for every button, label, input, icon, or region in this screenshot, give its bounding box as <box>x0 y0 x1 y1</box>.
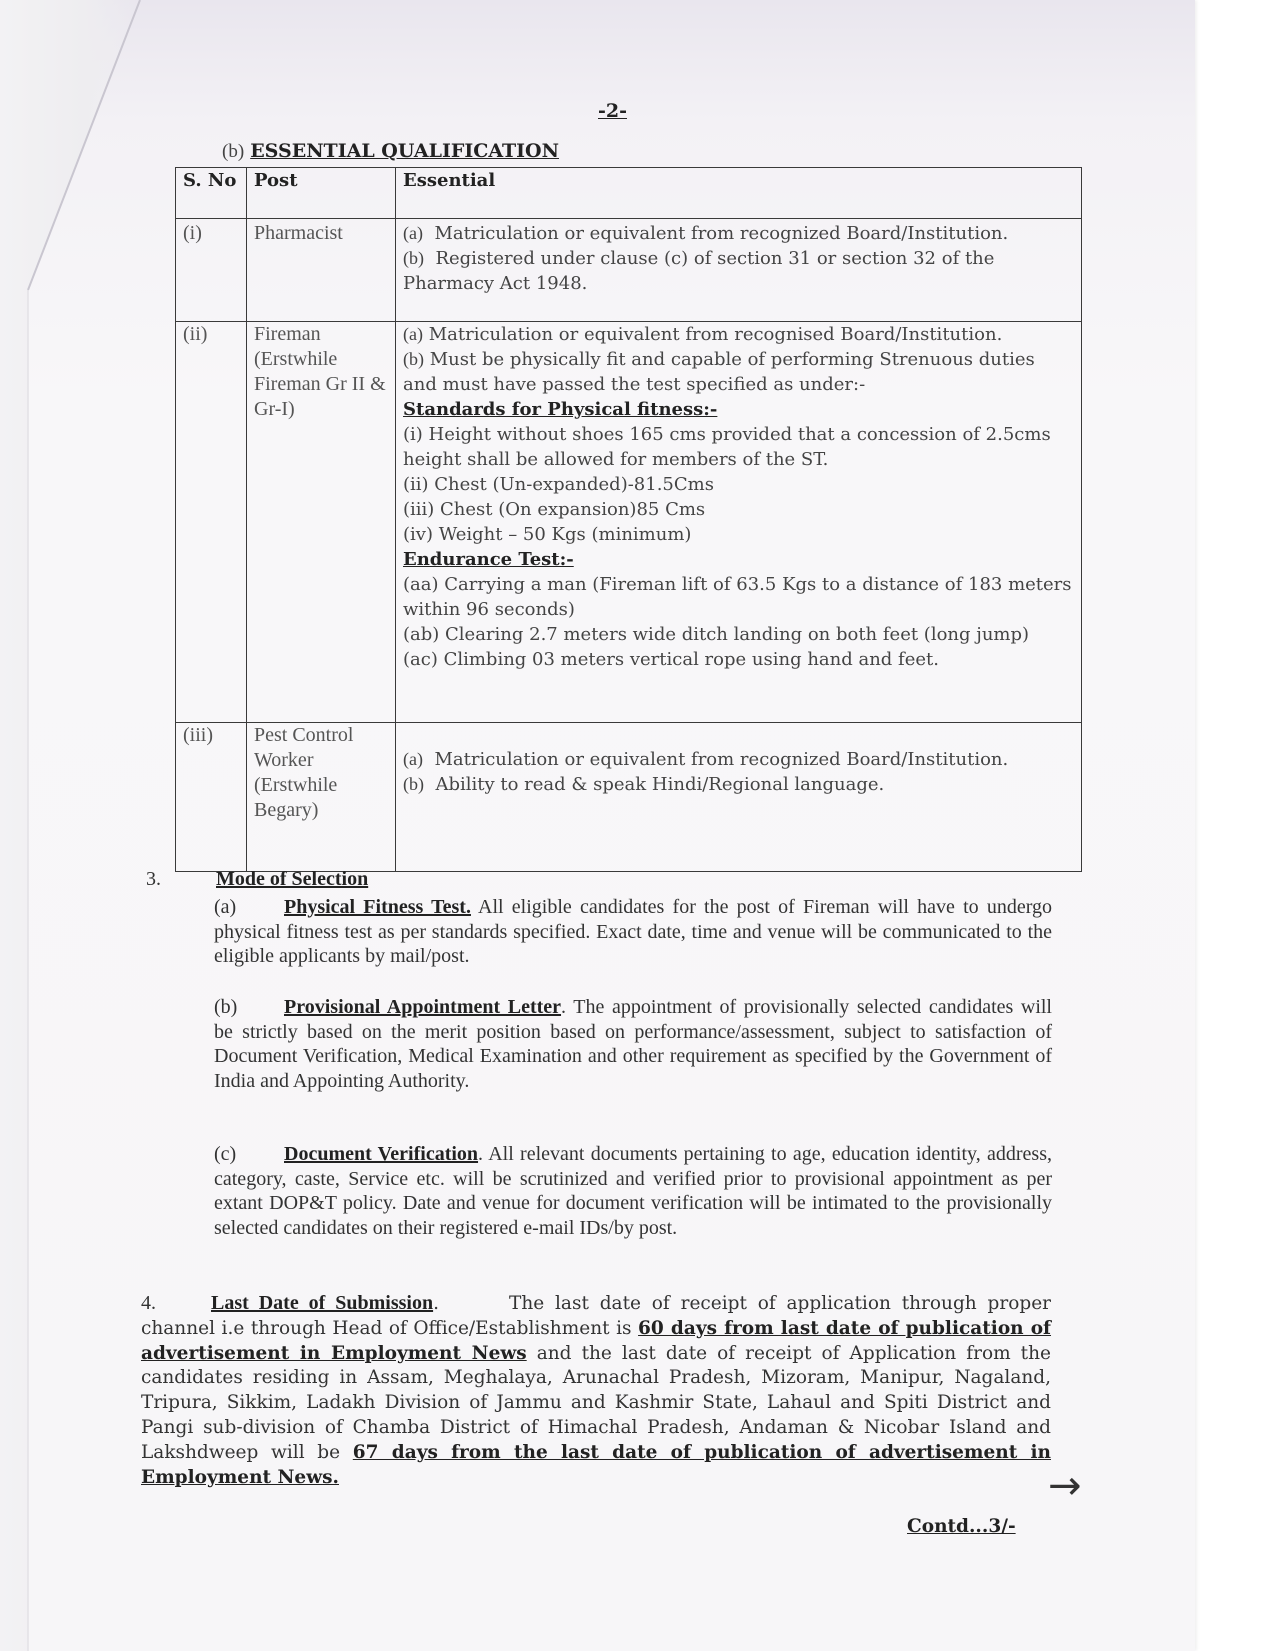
row-post: Fireman (Erstwhile Fireman Gr II & Gr-I) <box>247 322 396 723</box>
last-date-section: 4.Last Date of Submission.The last date … <box>141 1291 1051 1490</box>
header-post: Post <box>247 168 396 219</box>
row-sno: (ii) <box>176 322 247 723</box>
table-header-row: S. No Post Essential <box>176 168 1082 219</box>
continuation-note: Contd...3/- <box>907 1516 1016 1537</box>
section-heading: (b) ESSENTIAL QUALIFICATION <box>222 140 559 163</box>
qualification-table: S. No Post Essential (i) Pharmacist (a) … <box>175 167 1082 872</box>
item-heading: Provisional Appointment Letter <box>284 996 561 1018</box>
table-row: (ii) Fireman (Erstwhile Fireman Gr II & … <box>176 322 1082 723</box>
item-heading: Document Verification <box>284 1143 478 1165</box>
essential-item: (a) Matriculation or equivalent from rec… <box>403 221 1074 246</box>
section-label: (b) <box>222 141 244 162</box>
essential-item: (a) Matriculation or equivalent from rec… <box>403 747 1074 772</box>
physical-standard-item: (iv) Weight – 50 Kgs (minimum) <box>403 522 1074 547</box>
row-post: Pest Control Worker (Erstwhile Begary) <box>247 723 396 872</box>
essential-item: (b) Registered under clause (c) of secti… <box>403 246 1074 296</box>
endurance-test-item: (ac) Climbing 03 meters vertical rope us… <box>403 647 1074 672</box>
last-date-title: Last Date of Submission <box>211 1292 433 1314</box>
section-title: ESSENTIAL QUALIFICATION <box>250 140 559 162</box>
row-essential: (a) Matriculation or equivalent from rec… <box>396 723 1082 872</box>
endurance-test-item: (ab) Clearing 2.7 meters wide ditch land… <box>403 622 1074 647</box>
essential-item: (b) Ability to read & speak Hindi/Region… <box>403 772 1074 797</box>
selection-item-document-verification: (c)Document Verification. All relevant d… <box>214 1142 1052 1240</box>
item-heading: Physical Fitness Test. <box>284 896 471 918</box>
endurance-test-item: (aa) Carrying a man (Fireman lift of 63.… <box>403 572 1074 622</box>
header-sno: S. No <box>176 168 247 219</box>
page-number: -2- <box>598 100 627 122</box>
selection-item-physical-fitness: (a)Physical Fitness Test. All eligible c… <box>214 895 1052 969</box>
row-essential: (a) Matriculation or equivalent from rec… <box>396 219 1082 322</box>
row-essential: (a) Matriculation or equivalent from rec… <box>396 322 1082 723</box>
arrow-mark-icon: → <box>1048 1463 1082 1509</box>
selection-item-appointment-letter: (b)Provisional Appointment Letter. The a… <box>214 995 1052 1093</box>
physical-standard-item: (i) Height without shoes 165 cms provide… <box>403 422 1074 472</box>
endurance-test-title: Endurance Test:- <box>403 547 1074 572</box>
physical-standard-item: (ii) Chest (Un-expanded)-81.5Cms <box>403 472 1074 497</box>
row-sno: (iii) <box>176 723 247 872</box>
essential-item: (b) Must be physically fit and capable o… <box>403 347 1074 397</box>
mode-of-selection-title: Mode of Selection <box>216 868 368 891</box>
table-row: (iii) Pest Control Worker (Erstwhile Beg… <box>176 723 1082 872</box>
header-essential: Essential <box>396 168 1082 219</box>
physical-standard-item: (iii) Chest (On expansion)85 Cms <box>403 497 1074 522</box>
table-row: (i) Pharmacist (a) Matriculation or equi… <box>176 219 1082 322</box>
row-sno: (i) <box>176 219 247 322</box>
section-number: 4. <box>141 1291 211 1316</box>
section-number: 3. <box>146 868 161 891</box>
physical-standards-title: Standards for Physical fitness:- <box>403 397 1074 422</box>
row-post: Pharmacist <box>247 219 396 322</box>
essential-item: (a) Matriculation or equivalent from rec… <box>403 322 1074 347</box>
